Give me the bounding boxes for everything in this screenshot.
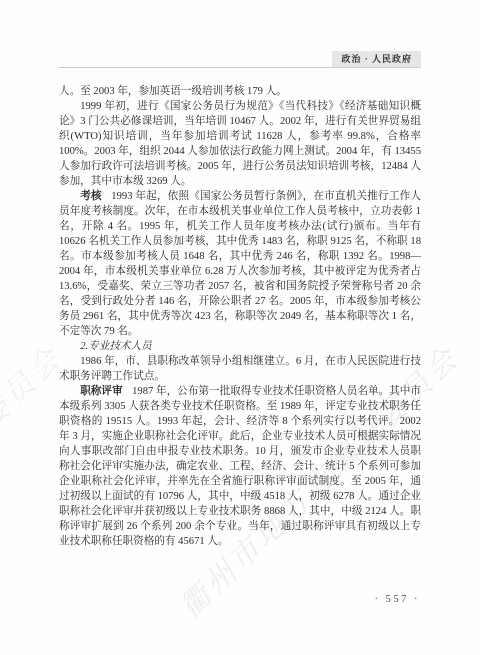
paragraph: 1986 年，市、县职称改革领导小组相继建立。6 月，在市人民医院进行技术职务评…: [59, 354, 421, 384]
paragraph-text: 1987 年，公布第一批取得专业技术任职资格人员名单。其中市本级系列 3305 …: [59, 386, 421, 547]
paragraph-lead: 职称评审: [80, 386, 122, 397]
book-page: 衢州市地方志编纂委员会 衢州市地方志编纂委员会 政治 · 人民政府 人。至 20…: [0, 0, 480, 655]
page-number: · 557 ·: [375, 594, 421, 605]
running-header: 政治 · 人民政府: [59, 49, 421, 68]
paragraph-text: 1999 年初，进行《国家公务员行为规范》《当代科技》《经济基础知识概论》3 门…: [59, 101, 421, 187]
paragraph: 人。至 2003 年，参加英语一级培训考核 179 人。: [59, 84, 421, 99]
paragraph-text: 人。至 2003 年，参加英语一级培训考核 179 人。: [59, 86, 287, 97]
paragraph-text: 1993 年起，依照《国家公务员暂行条例》，在市直机关推行工作人员年度考核制度。…: [59, 191, 421, 337]
paragraph-lead: 考核: [80, 191, 102, 202]
paragraph: 考核1993 年起，依照《国家公务员暂行条例》，在市直机关推行工作人员年度考核制…: [59, 189, 421, 339]
body-text: 人。至 2003 年，参加英语一级培训考核 179 人。 1999 年初，进行《…: [59, 84, 421, 549]
subheading: 2.专业技术人员: [59, 339, 421, 354]
section-label: 政治 · 人民政府: [332, 51, 421, 67]
paragraph: 1999 年初，进行《国家公务员行为规范》《当代科技》《经济基础知识概论》3 门…: [59, 99, 421, 189]
paragraph: 职称评审1987 年，公布第一批取得专业技术任职资格人员名单。其中市本级系列 3…: [59, 384, 421, 549]
paragraph-text: 1986 年，市、县职称改革领导小组相继建立。6 月，在市人民医院进行技术职务评…: [59, 356, 421, 382]
